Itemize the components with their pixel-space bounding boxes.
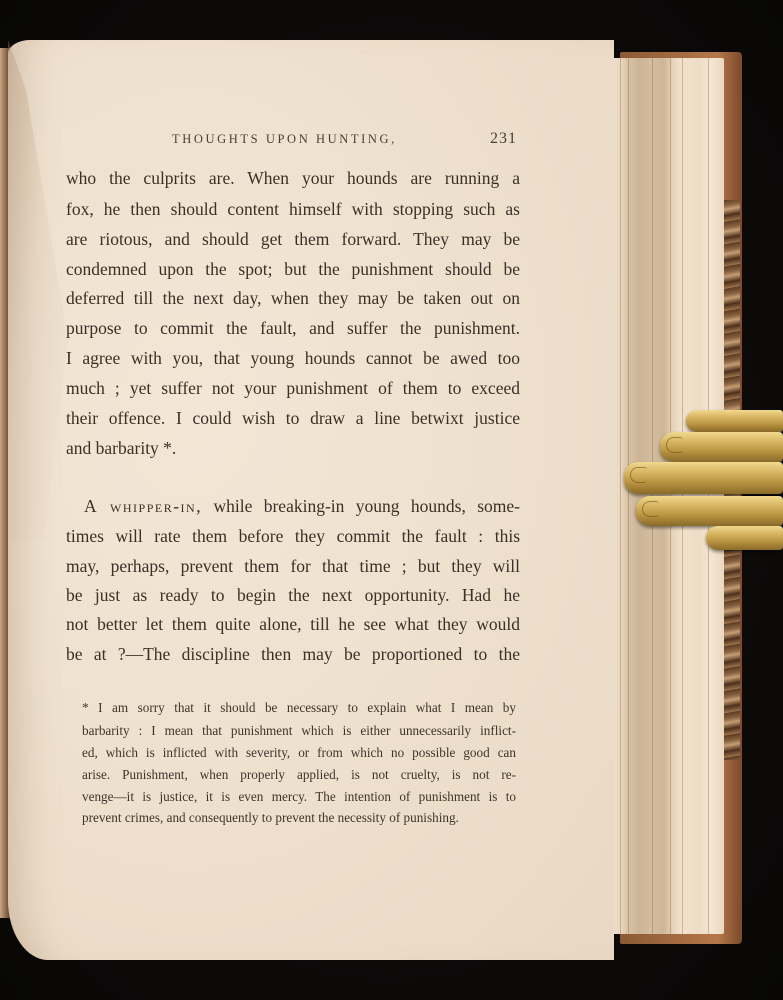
finger: [624, 462, 783, 494]
body-line: who the culprits are. When your hounds a…: [66, 168, 520, 188]
body-line: be at ?—The discipline then may be propo…: [66, 644, 520, 664]
page-number: 231: [490, 130, 517, 148]
body-line: may, perhaps, prevent them for that time…: [66, 556, 520, 576]
footnote-line: venge—it is justice, it is even mercy. T…: [82, 789, 516, 805]
photo-scene: THOUGHTS UPON HUNTING, 231 who the culpr…: [0, 0, 783, 1000]
footnote-line: ed, which is inflicted with severity, or…: [82, 745, 516, 761]
brass-hand-clip-icon: [622, 408, 783, 550]
body-line-first: A whipper-in, while breaking-in young ho…: [84, 496, 520, 516]
footnote-line: * I am sorry that it should be necessary…: [82, 700, 516, 716]
body-line: condemned upon the spot; but the punishm…: [66, 259, 520, 279]
finger: [660, 432, 783, 462]
finger: [636, 496, 783, 526]
fingernail: [666, 437, 683, 453]
body-line: fox, he then should content himself with…: [66, 199, 520, 219]
body-line: their offence. I could wish to draw a li…: [66, 408, 520, 428]
running-head: THOUGHTS UPON HUNTING,: [172, 132, 397, 147]
body-line: not better let them quite alone, till he…: [66, 614, 520, 634]
body-line: be just as ready to begin the next oppor…: [66, 585, 520, 605]
body-line: times will rate them before they commit …: [66, 526, 520, 546]
finger: [686, 410, 783, 432]
fingernail: [642, 501, 659, 517]
body-line: are riotous, and should get them forward…: [66, 229, 520, 249]
body-line: deferred till the next day, when they ma…: [66, 288, 520, 308]
body-line: purpose to commit the fault, and suffer …: [66, 318, 520, 338]
finger: [706, 526, 783, 550]
smallcaps-lead: A whipper-in,: [84, 496, 202, 516]
footnote-line: arise. Punishment, when properly applied…: [82, 767, 516, 783]
footnote-line: prevent crimes, and consequently to prev…: [82, 810, 516, 826]
first-line-rest: while breaking-in young hounds, some-: [202, 496, 520, 516]
fingernail: [630, 467, 647, 483]
body-line: much ; yet suffer not your punishment of…: [66, 378, 520, 398]
body-line: and barbarity *.: [66, 438, 520, 458]
footnote-line: barbarity : I mean that punishment which…: [82, 723, 516, 739]
body-line: I agree with you, that young hounds cann…: [66, 348, 520, 368]
